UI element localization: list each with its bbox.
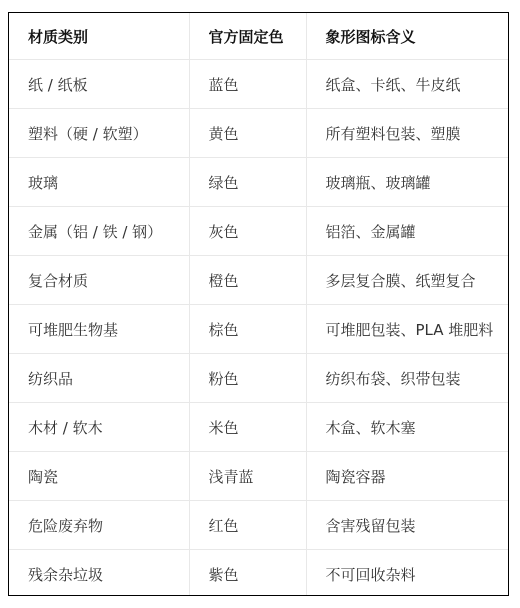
material-color-table: 材质类别 官方固定色 象形图标含义 纸 / 纸板 蓝色 纸盒、卡纸、牛皮纸 塑料… [8,12,509,596]
cell-material: 金属（铝 / 铁 / 钢） [9,207,189,256]
cell-color: 浅青蓝 [189,452,306,501]
cell-material: 复合材质 [9,256,189,305]
table-row: 残余杂垃圾 紫色 不可回收杂料 [9,550,508,597]
cell-meaning: 纸盒、卡纸、牛皮纸 [306,60,508,109]
cell-meaning: 含害残留包装 [306,501,508,550]
header-official-color: 官方固定色 [189,13,306,60]
cell-color: 米色 [189,403,306,452]
cell-meaning: 玻璃瓶、玻璃罐 [306,158,508,207]
table-row: 塑料（硬 / 软塑） 黄色 所有塑料包装、塑膜 [9,109,508,158]
cell-color: 粉色 [189,354,306,403]
cell-material: 纺织品 [9,354,189,403]
cell-color: 棕色 [189,305,306,354]
cell-material: 塑料（硬 / 软塑） [9,109,189,158]
cell-material: 残余杂垃圾 [9,550,189,597]
table-row: 复合材质 橙色 多层复合膜、纸塑复合 [9,256,508,305]
cell-material: 木材 / 软木 [9,403,189,452]
table-row: 危险废弃物 红色 含害残留包装 [9,501,508,550]
header-icon-meaning: 象形图标含义 [306,13,508,60]
cell-meaning: 可堆肥包装、PLA 堆肥料 [306,305,508,354]
cell-color: 黄色 [189,109,306,158]
cell-material: 危险废弃物 [9,501,189,550]
cell-meaning: 木盒、软木塞 [306,403,508,452]
cell-material: 可堆肥生物基 [9,305,189,354]
table-row: 陶瓷 浅青蓝 陶瓷容器 [9,452,508,501]
cell-color: 绿色 [189,158,306,207]
table-row: 纺织品 粉色 纺织布袋、织带包装 [9,354,508,403]
cell-meaning: 陶瓷容器 [306,452,508,501]
table: 材质类别 官方固定色 象形图标含义 纸 / 纸板 蓝色 纸盒、卡纸、牛皮纸 塑料… [9,13,508,596]
table-row: 金属（铝 / 铁 / 钢） 灰色 铝箔、金属罐 [9,207,508,256]
table-row: 可堆肥生物基 棕色 可堆肥包装、PLA 堆肥料 [9,305,508,354]
cell-material: 纸 / 纸板 [9,60,189,109]
cell-color: 橙色 [189,256,306,305]
cell-meaning: 所有塑料包装、塑膜 [306,109,508,158]
cell-meaning: 不可回收杂料 [306,550,508,597]
cell-color: 红色 [189,501,306,550]
cell-meaning: 铝箔、金属罐 [306,207,508,256]
cell-color: 蓝色 [189,60,306,109]
table-row: 纸 / 纸板 蓝色 纸盒、卡纸、牛皮纸 [9,60,508,109]
table-row: 木材 / 软木 米色 木盒、软木塞 [9,403,508,452]
cell-color: 紫色 [189,550,306,597]
header-material-category: 材质类别 [9,13,189,60]
cell-color: 灰色 [189,207,306,256]
cell-material: 陶瓷 [9,452,189,501]
cell-material: 玻璃 [9,158,189,207]
cell-meaning: 纺织布袋、织带包装 [306,354,508,403]
table-row: 玻璃 绿色 玻璃瓶、玻璃罐 [9,158,508,207]
table-header-row: 材质类别 官方固定色 象形图标含义 [9,13,508,60]
cell-meaning: 多层复合膜、纸塑复合 [306,256,508,305]
